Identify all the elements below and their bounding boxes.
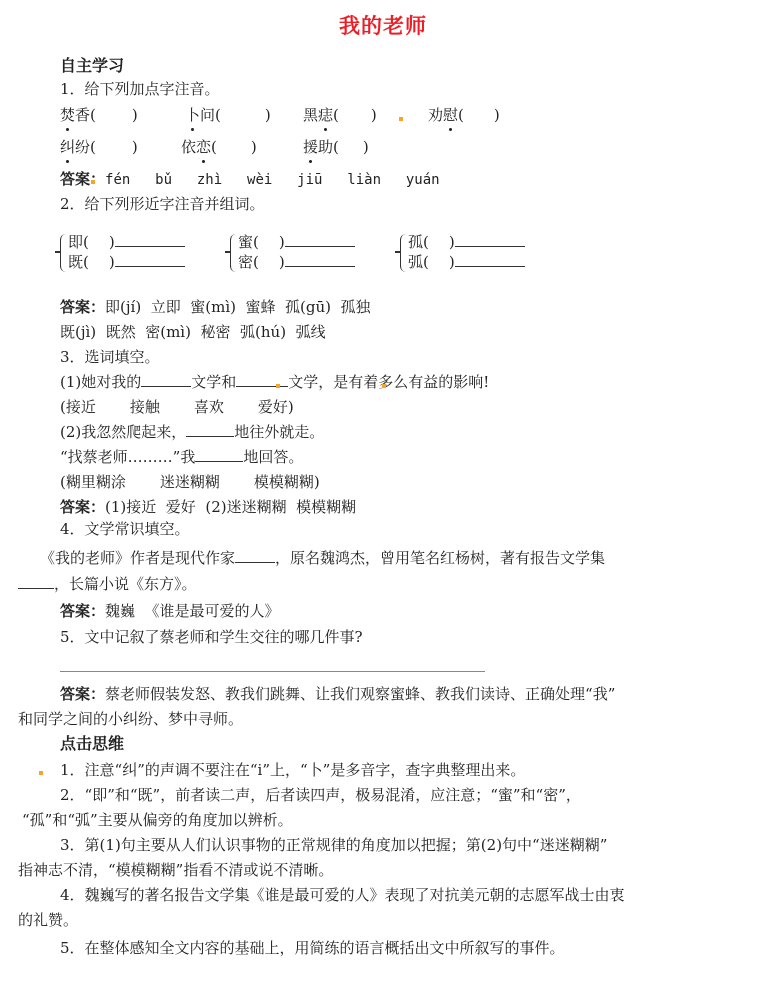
thinking-item-4-line2: 的礼赞。: [18, 909, 78, 931]
q1-item-1: 焚香(): [60, 104, 138, 126]
brace-icon: [400, 234, 407, 272]
q1-item-4: 劝慰(): [428, 104, 500, 126]
q3-sentence-2: (2)我忽然爬起来，地往外就走。: [60, 421, 324, 443]
q5-prompt: 5．文中记叙了蔡老师和学生交往的哪几件事?: [60, 626, 363, 648]
q1-item-7: 援助(): [303, 136, 369, 158]
artifact-mark: [399, 117, 403, 121]
q3-sentence-3: “找蔡老师………”我地回答。: [60, 446, 303, 468]
thinking-item-3-line1: 3．第(1)句主要从人们认识事物的正常规律的角度加以把握；第(2)句中“迷迷糊糊…: [60, 834, 607, 856]
q2-group-3: 孤() 弧(): [400, 232, 540, 276]
thinking-item-3-line2: 指神志不清，“模模糊糊”指看不清或说不清晰。: [18, 859, 333, 881]
q1-item-6: 依恋(): [181, 136, 257, 158]
thinking-item-2-line1: 2．“即”和“既”，前者读二声，后者读四声，极易混淆，应注意；“蜜”和“密”，: [60, 784, 581, 806]
q5-answer-line2: 和同学之间的小纠纷、梦中寻师。: [18, 708, 243, 730]
q3-answer: 答案：(1)接近 爱好 (2)迷迷糊糊 模模糊糊: [60, 496, 356, 518]
brace-icon: [60, 234, 67, 272]
document-title: 我的老师: [0, 10, 766, 40]
section-heading-self-study: 自主学习: [60, 55, 124, 77]
artifact-mark: [39, 771, 43, 775]
q3-options-2: (糊里糊涂迷迷糊糊模模糊糊): [60, 471, 320, 493]
artifact-mark: [91, 180, 95, 184]
section-heading-thinking: 点击思维: [60, 733, 124, 755]
thinking-item-2-line2: “孤”和“弧”主要从偏旁的角度加以辨析。: [22, 809, 293, 831]
q1-prompt: 1．给下列加点字注音。: [60, 78, 220, 100]
brace-icon: [230, 234, 237, 272]
q4-line-1: 《我的老师》作者是现代作家，原名魏鸿杰，曾用笔名红杨树，著有报告文学集: [40, 547, 605, 569]
artifact-mark: [276, 384, 280, 388]
q5-answer-line1: 答案：蔡老师假装发怒、教我们跳舞、让我们观察蜜蜂、教我们读诗、正确处理“我”: [60, 683, 615, 705]
q3-prompt: 3．选词填空。: [60, 346, 160, 368]
q4-prompt: 4．文学常识填空。: [60, 518, 190, 540]
q3-sentence-1: (1)她对我的文学和文学，是有着多么有益的影响!: [60, 371, 489, 393]
q2-prompt: 2．给下列形近字注音并组词。: [60, 193, 265, 215]
thinking-item-4-line1: 4．魏巍写的著名报告文学集《谁是最可爱的人》表现了对抗美元朝的志愿军战士由衷: [60, 884, 625, 906]
q1-item-2: 卜问(): [185, 104, 271, 126]
q2-answer-line1: 答案：即(jí) 立即 蜜(mì) 蜜蜂 孤(gū) 孤独: [60, 296, 371, 318]
thinking-item-5: 5．在整体感知全文内容的基础上，用简练的语言概括出文中所叙写的事件。: [60, 937, 565, 959]
thinking-item-1: 1．注意“纠”的声调不要注在“i”上，“卜”是多音字，查字典整理出来。: [60, 759, 525, 781]
q1-item-5: 纠纷(): [60, 136, 138, 158]
q4-line-2: ，长篇小说《东方》。: [18, 573, 197, 595]
artifact-mark: [382, 384, 386, 388]
q2-answer-line2: 既(jì) 既然 密(mì) 秘密 弧(hú) 弧线: [60, 321, 326, 343]
q1-item-3: 黑痣(): [303, 104, 377, 126]
q3-options-1: (接近接触喜欢爱好): [60, 396, 294, 418]
q1-answer: 答案：fén bǔ zhì wèi jiū liàn yuán: [60, 168, 440, 191]
q4-answer: 答案：魏巍 《谁是最可爱的人》: [60, 600, 280, 622]
q2-group-1: 即() 既(): [60, 232, 200, 276]
q2-group-2: 蜜() 密(): [230, 232, 370, 276]
q5-answer-line: [60, 671, 485, 672]
